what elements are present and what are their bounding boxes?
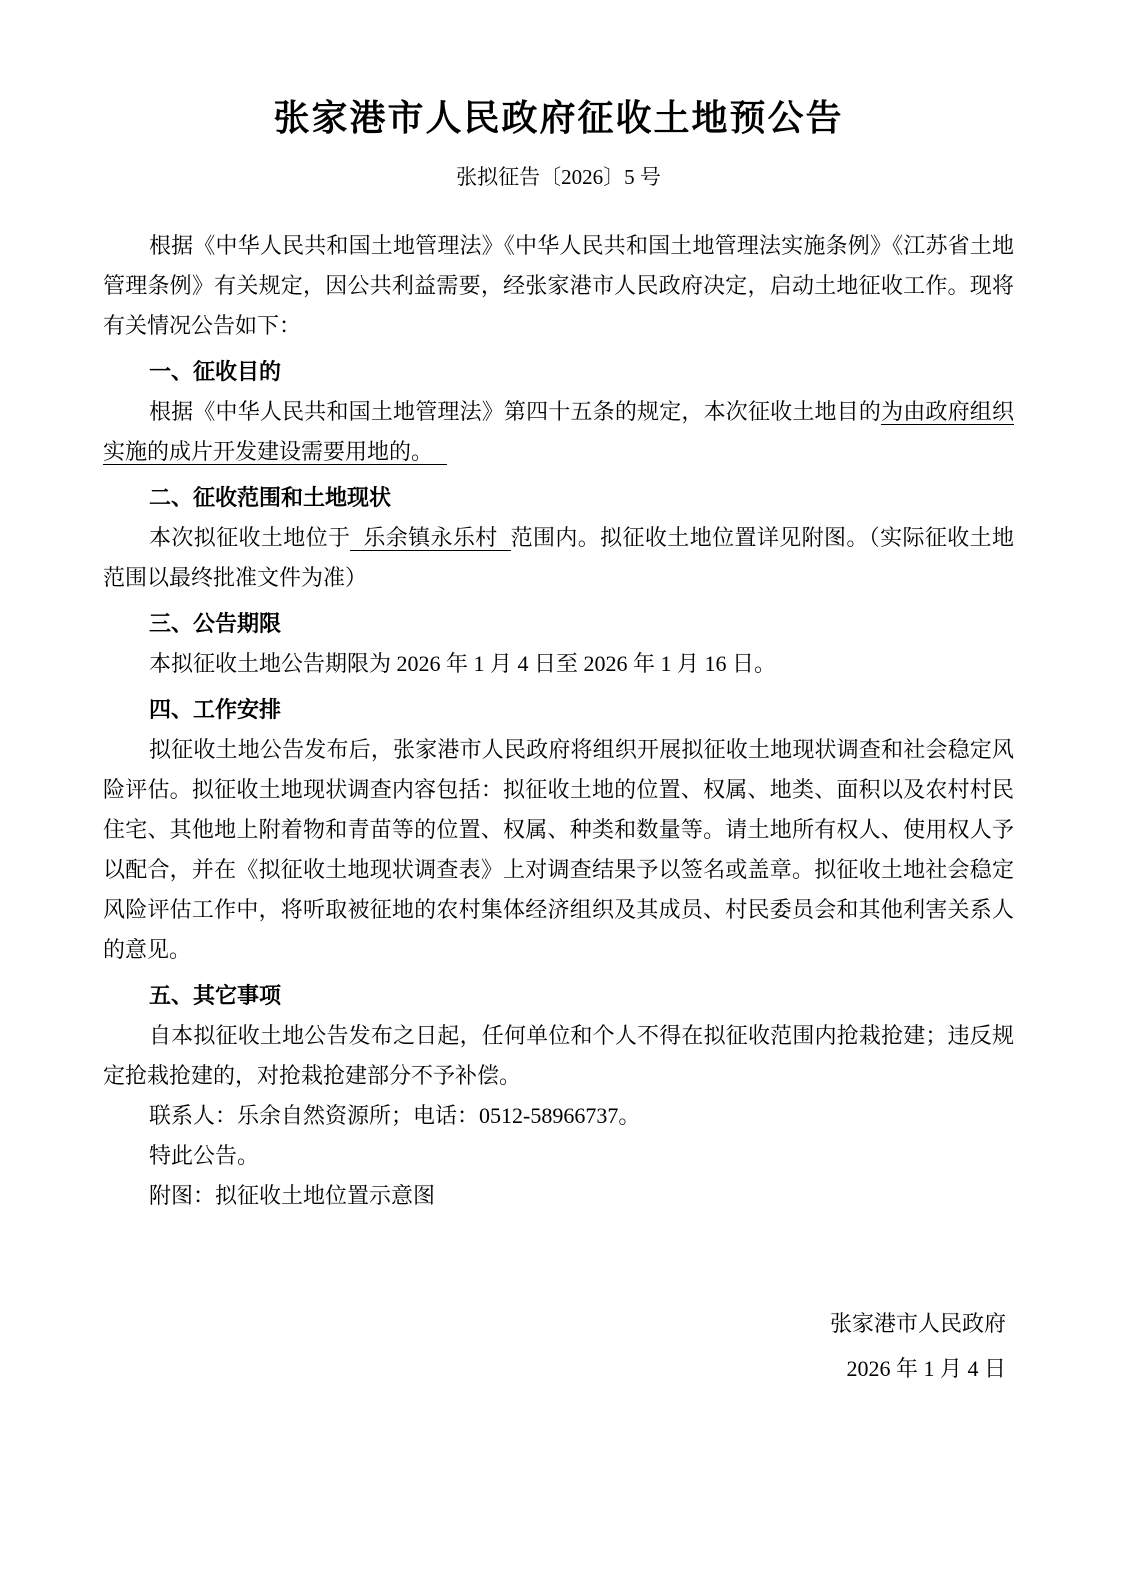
page-title: 张家港市人民政府征收土地预公告: [103, 96, 1014, 140]
section-1-paragraph: 根据《中华人民共和国土地管理法》第四十五条的规定，本次征收土地目的为由政府组织实…: [103, 392, 1014, 472]
section-2-underlined-text: 乐余镇永乐村: [350, 525, 510, 551]
section-5-heading: 五、其它事项: [103, 976, 1014, 1016]
signature-issuer: 张家港市人民政府: [103, 1301, 1006, 1346]
section-2-text-pre: 本次拟征收土地位于: [149, 525, 350, 550]
contact-line: 联系人：乐余自然资源所；电话：0512-58966737。: [103, 1096, 1014, 1136]
section-5-paragraph: 自本拟征收土地公告发布之日起，任何单位和个人不得在拟征收范围内抢栽抢建；违反规定…: [103, 1016, 1014, 1096]
section-3-paragraph: 本拟征收土地公告期限为 2026 年 1 月 4 日至 2026 年 1 月 1…: [103, 644, 1014, 684]
signature-date: 2026 年 1 月 4 日: [103, 1346, 1006, 1391]
section-4-paragraph: 拟征收土地公告发布后，张家港市人民政府将组织开展拟征收土地现状调查和社会稳定风险…: [103, 730, 1014, 970]
announcement-page: 张家港市人民政府征收土地预公告 张拟征告〔2026〕5 号 根据《中华人民共和国…: [0, 0, 1122, 1587]
attachment-line: 附图：拟征收土地位置示意图: [103, 1176, 1014, 1216]
document-body: 根据《中华人民共和国土地管理法》《中华人民共和国土地管理法实施条例》《江苏省土地…: [103, 226, 1014, 1391]
document-number: 张拟征告〔2026〕5 号: [103, 164, 1014, 190]
intro-paragraph: 根据《中华人民共和国土地管理法》《中华人民共和国土地管理法实施条例》《江苏省土地…: [103, 226, 1014, 346]
section-3-heading: 三、公告期限: [103, 604, 1014, 644]
section-1-text: 根据《中华人民共和国土地管理法》第四十五条的规定，本次征收土地目的: [149, 399, 881, 424]
section-2-heading: 二、征收范围和土地现状: [103, 478, 1014, 518]
signature-block: 张家港市人民政府 2026 年 1 月 4 日: [103, 1301, 1014, 1391]
section-4-heading: 四、工作安排: [103, 690, 1014, 730]
closing-line: 特此公告。: [103, 1136, 1014, 1176]
section-2-paragraph: 本次拟征收土地位于乐余镇永乐村范围内。拟征收土地位置详见附图。（实际征收土地范围…: [103, 518, 1014, 598]
section-1-heading: 一、征收目的: [103, 352, 1014, 392]
